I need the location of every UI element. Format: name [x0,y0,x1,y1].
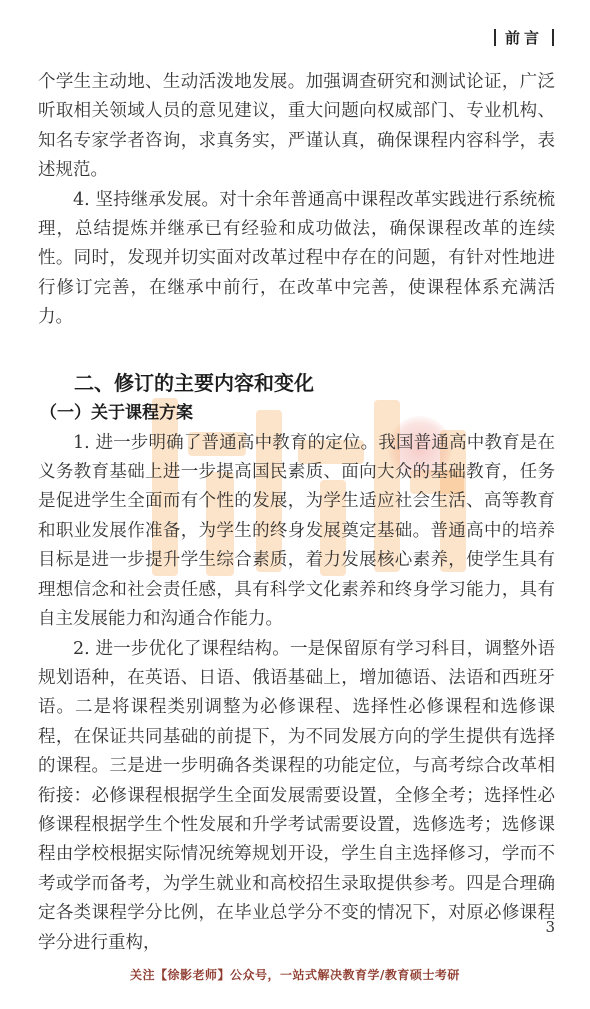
page-number: 3 [545,918,555,936]
page-body: 个学生主动地、生动活泼地发展。加强调查研究和测试论证，广泛听取相关领域人员的意见… [38,68,555,958]
header-rule-right-icon [552,29,554,46]
footer-note: 关注【徐影老师】公众号，一站式解决教育学/教育硕士考研 [0,966,590,983]
paragraph-point-1: 1. 进一步明确了普通高中教育的定位。我国普通高中教育是在义务教育基础上进一步提… [38,429,555,635]
section-subheading: （一）关于课程方案 [38,401,555,425]
paragraph-continuation: 个学生主动地、生动活泼地发展。加强调查研究和测试论证，广泛听取相关领域人员的意见… [38,68,555,186]
document-page: 前言 个学生主动地、生动活泼地发展。加强调查研究和测试论证，广泛听取相关领域人员… [0,0,590,1009]
running-header: 前言 [494,27,554,48]
paragraph-point-2: 2. 进一步优化了课程结构。一是保留原有学习科目，调整外语规划语种，在英语、日语… [38,635,555,958]
paragraph-point-4: 4. 坚持继承发展。对十余年普通高中课程改革实践进行系统梳理，总结提炼并继承已有… [38,186,555,333]
header-rule-left-icon [494,29,496,46]
chapter-title: 前言 [505,27,543,48]
section-heading: 二、修订的主要内容和变化 [38,370,555,396]
